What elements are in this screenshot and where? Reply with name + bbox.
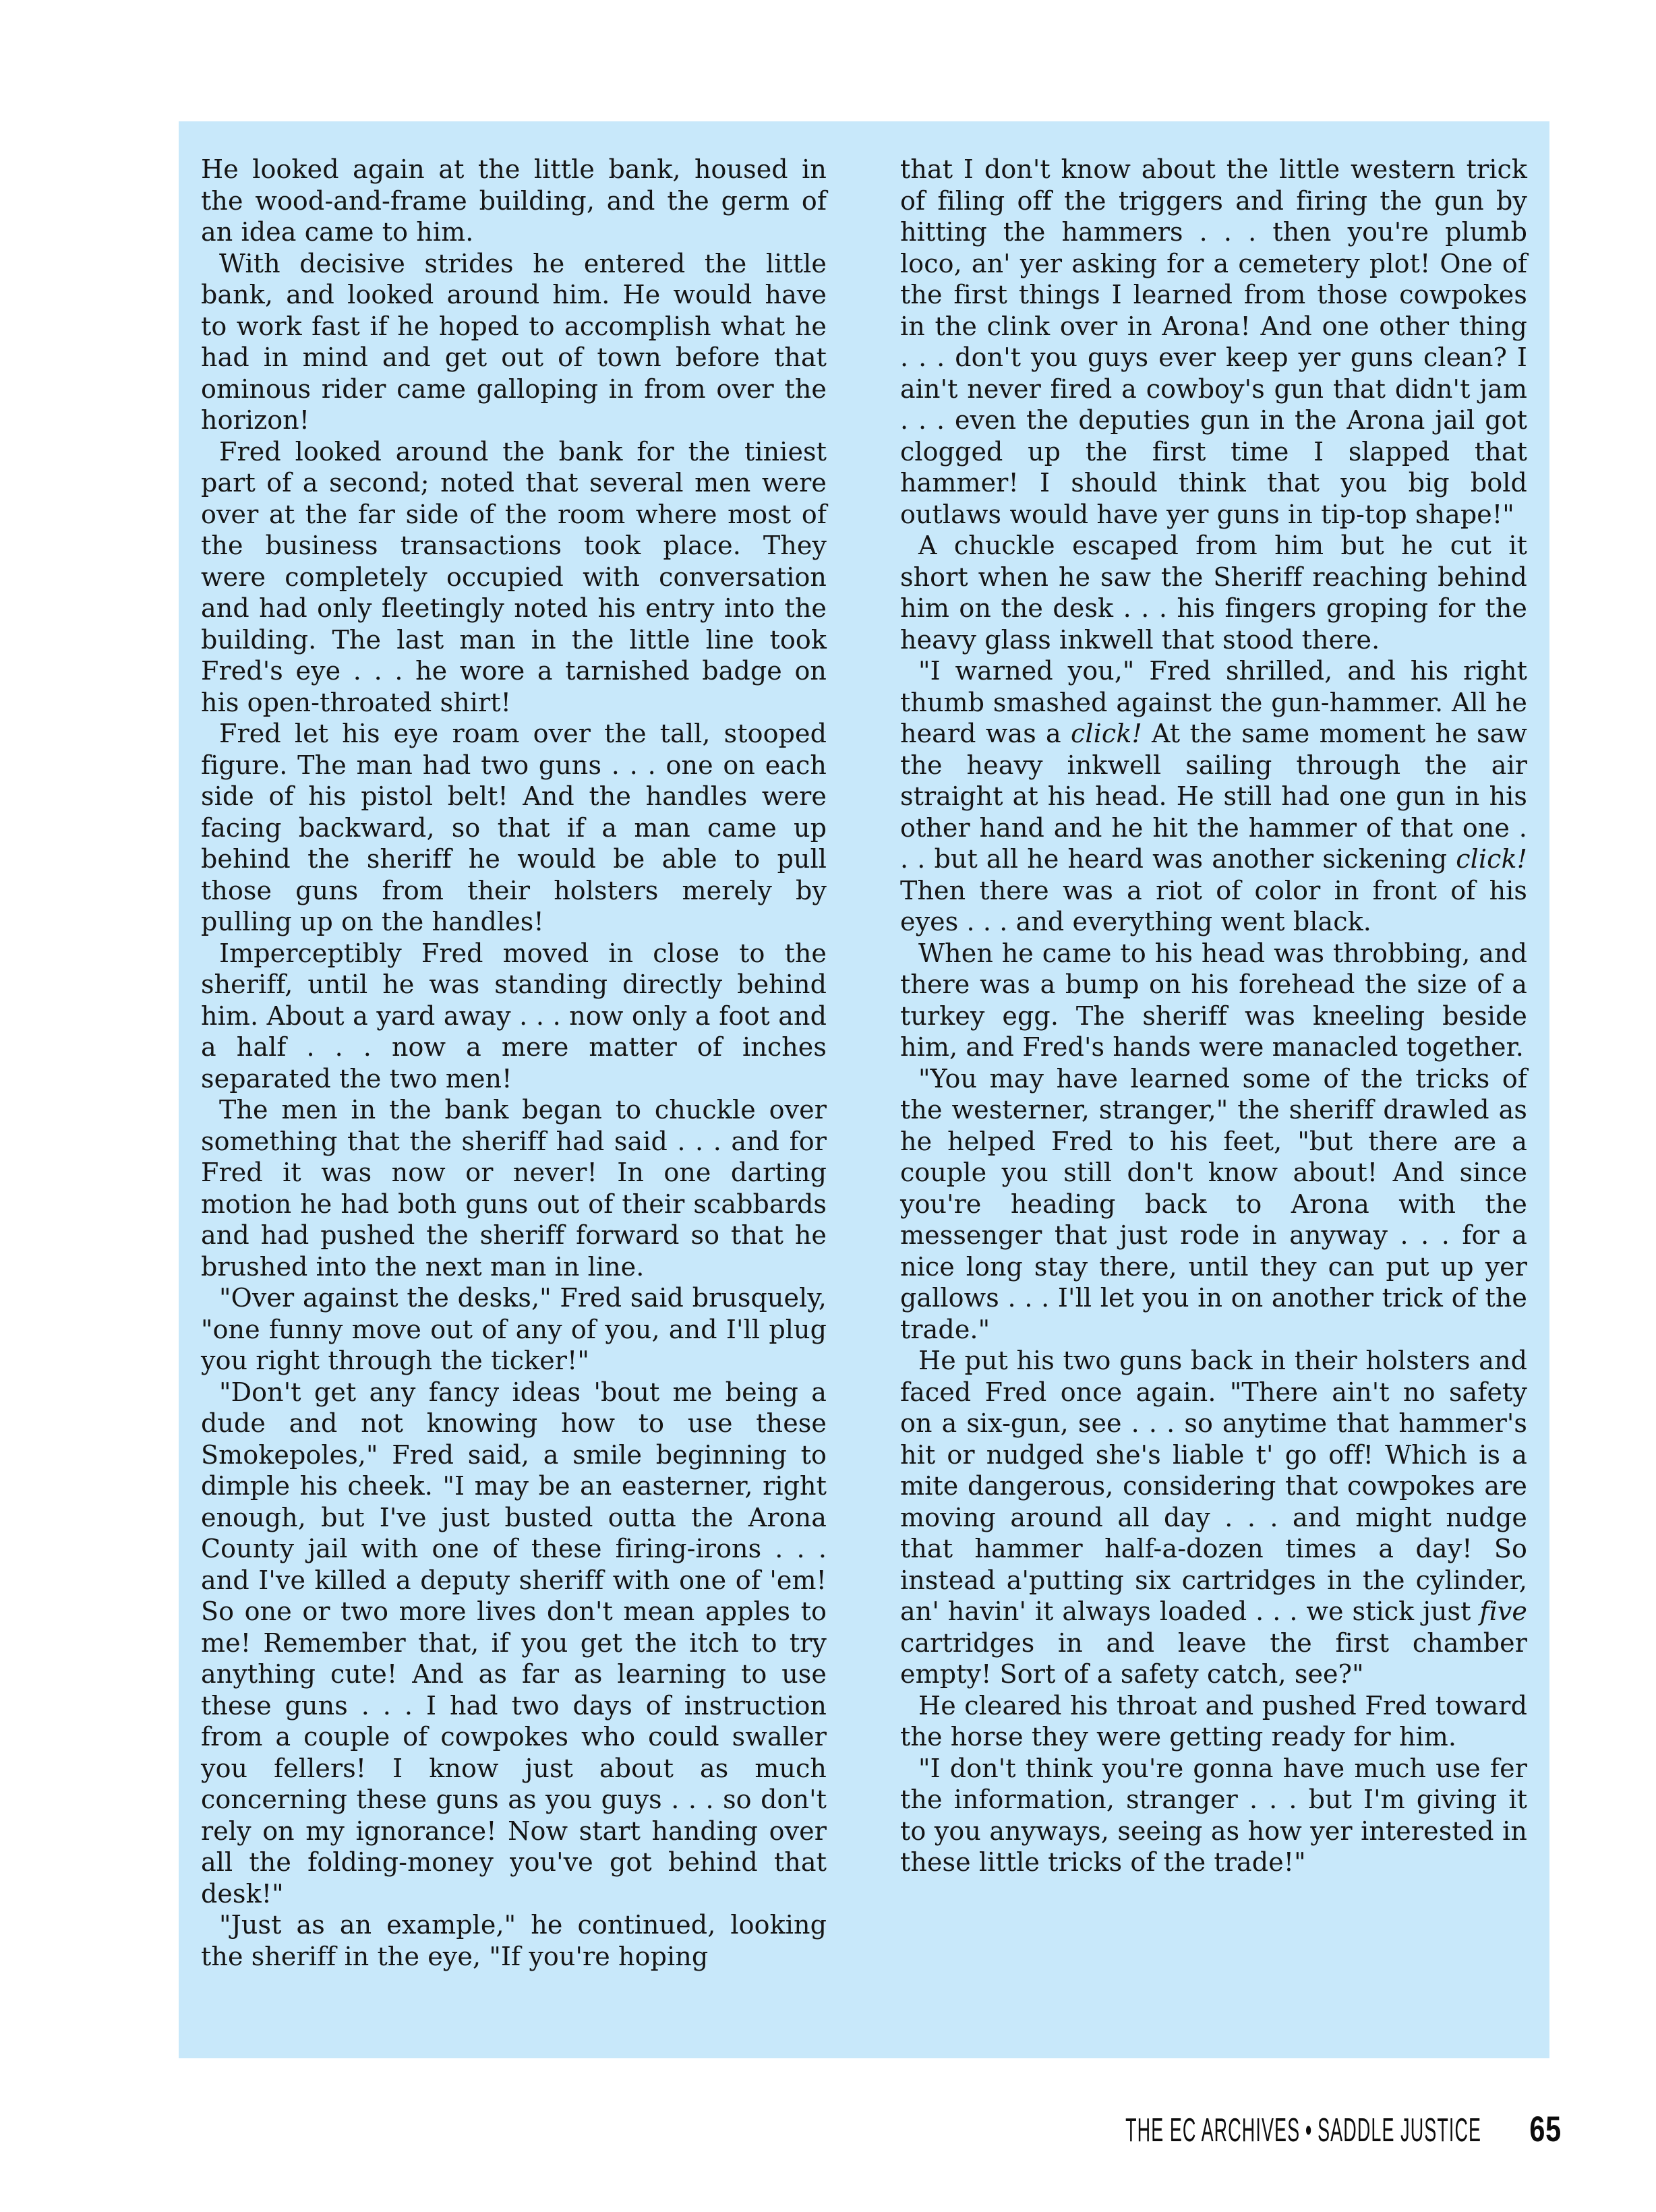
story-paragraph: When he came to his head was throbbing, …	[900, 938, 1527, 1063]
story-paragraph: "You may have learned some of the tricks…	[900, 1063, 1527, 1346]
footer-story-title: SADDLE JUSTICE	[1318, 2112, 1481, 2149]
footer-running-title: THE EC ARCHIVES•SADDLE JUSTICE	[1125, 2112, 1481, 2149]
footer-book-series-title: THE EC ARCHIVES	[1125, 2112, 1300, 2149]
book-page: He looked again at the little bank, hous…	[0, 0, 1656, 2212]
story-text-panel: He looked again at the little bank, hous…	[179, 121, 1549, 2058]
story-column-left: He looked again at the little bank, hous…	[201, 154, 827, 1972]
story-column-right: that I don't know about the little weste…	[900, 154, 1527, 1878]
story-paragraph: "Don't get any fancy ideas 'bout me bein…	[201, 1377, 827, 1910]
story-paragraph: that I don't know about the little weste…	[900, 154, 1527, 530]
story-paragraph: With decisive strides he entered the lit…	[201, 248, 827, 436]
story-paragraph: A chuckle escaped from him but he cut it…	[900, 530, 1527, 655]
story-paragraph: "I warned you," Fred shrilled, and his r…	[900, 655, 1527, 938]
story-paragraph: He put his two guns back in their holste…	[900, 1345, 1527, 1690]
footer-page-number: 65	[1529, 2109, 1562, 2150]
page-footer: THE EC ARCHIVES•SADDLE JUSTICE 65	[834, 2109, 1562, 2150]
story-paragraph: "Over against the desks," Fred said brus…	[201, 1282, 827, 1377]
story-paragraph: The men in the bank began to chuckle ove…	[201, 1094, 827, 1282]
story-paragraph: Fred looked around the bank for the tini…	[201, 436, 827, 719]
story-paragraph: He cleared his throat and pushed Fred to…	[900, 1690, 1527, 1753]
footer-separator-dot: •	[1305, 2112, 1313, 2149]
story-paragraph: "I don't think you're gonna have much us…	[900, 1753, 1527, 1878]
story-paragraph: Imperceptibly Fred moved in close to the…	[201, 938, 827, 1095]
story-paragraph: Fred let his eye roam over the tall, sto…	[201, 718, 827, 938]
story-paragraph: "Just as an example," he continued, look…	[201, 1909, 827, 1972]
story-paragraph: He looked again at the little bank, hous…	[201, 154, 827, 248]
